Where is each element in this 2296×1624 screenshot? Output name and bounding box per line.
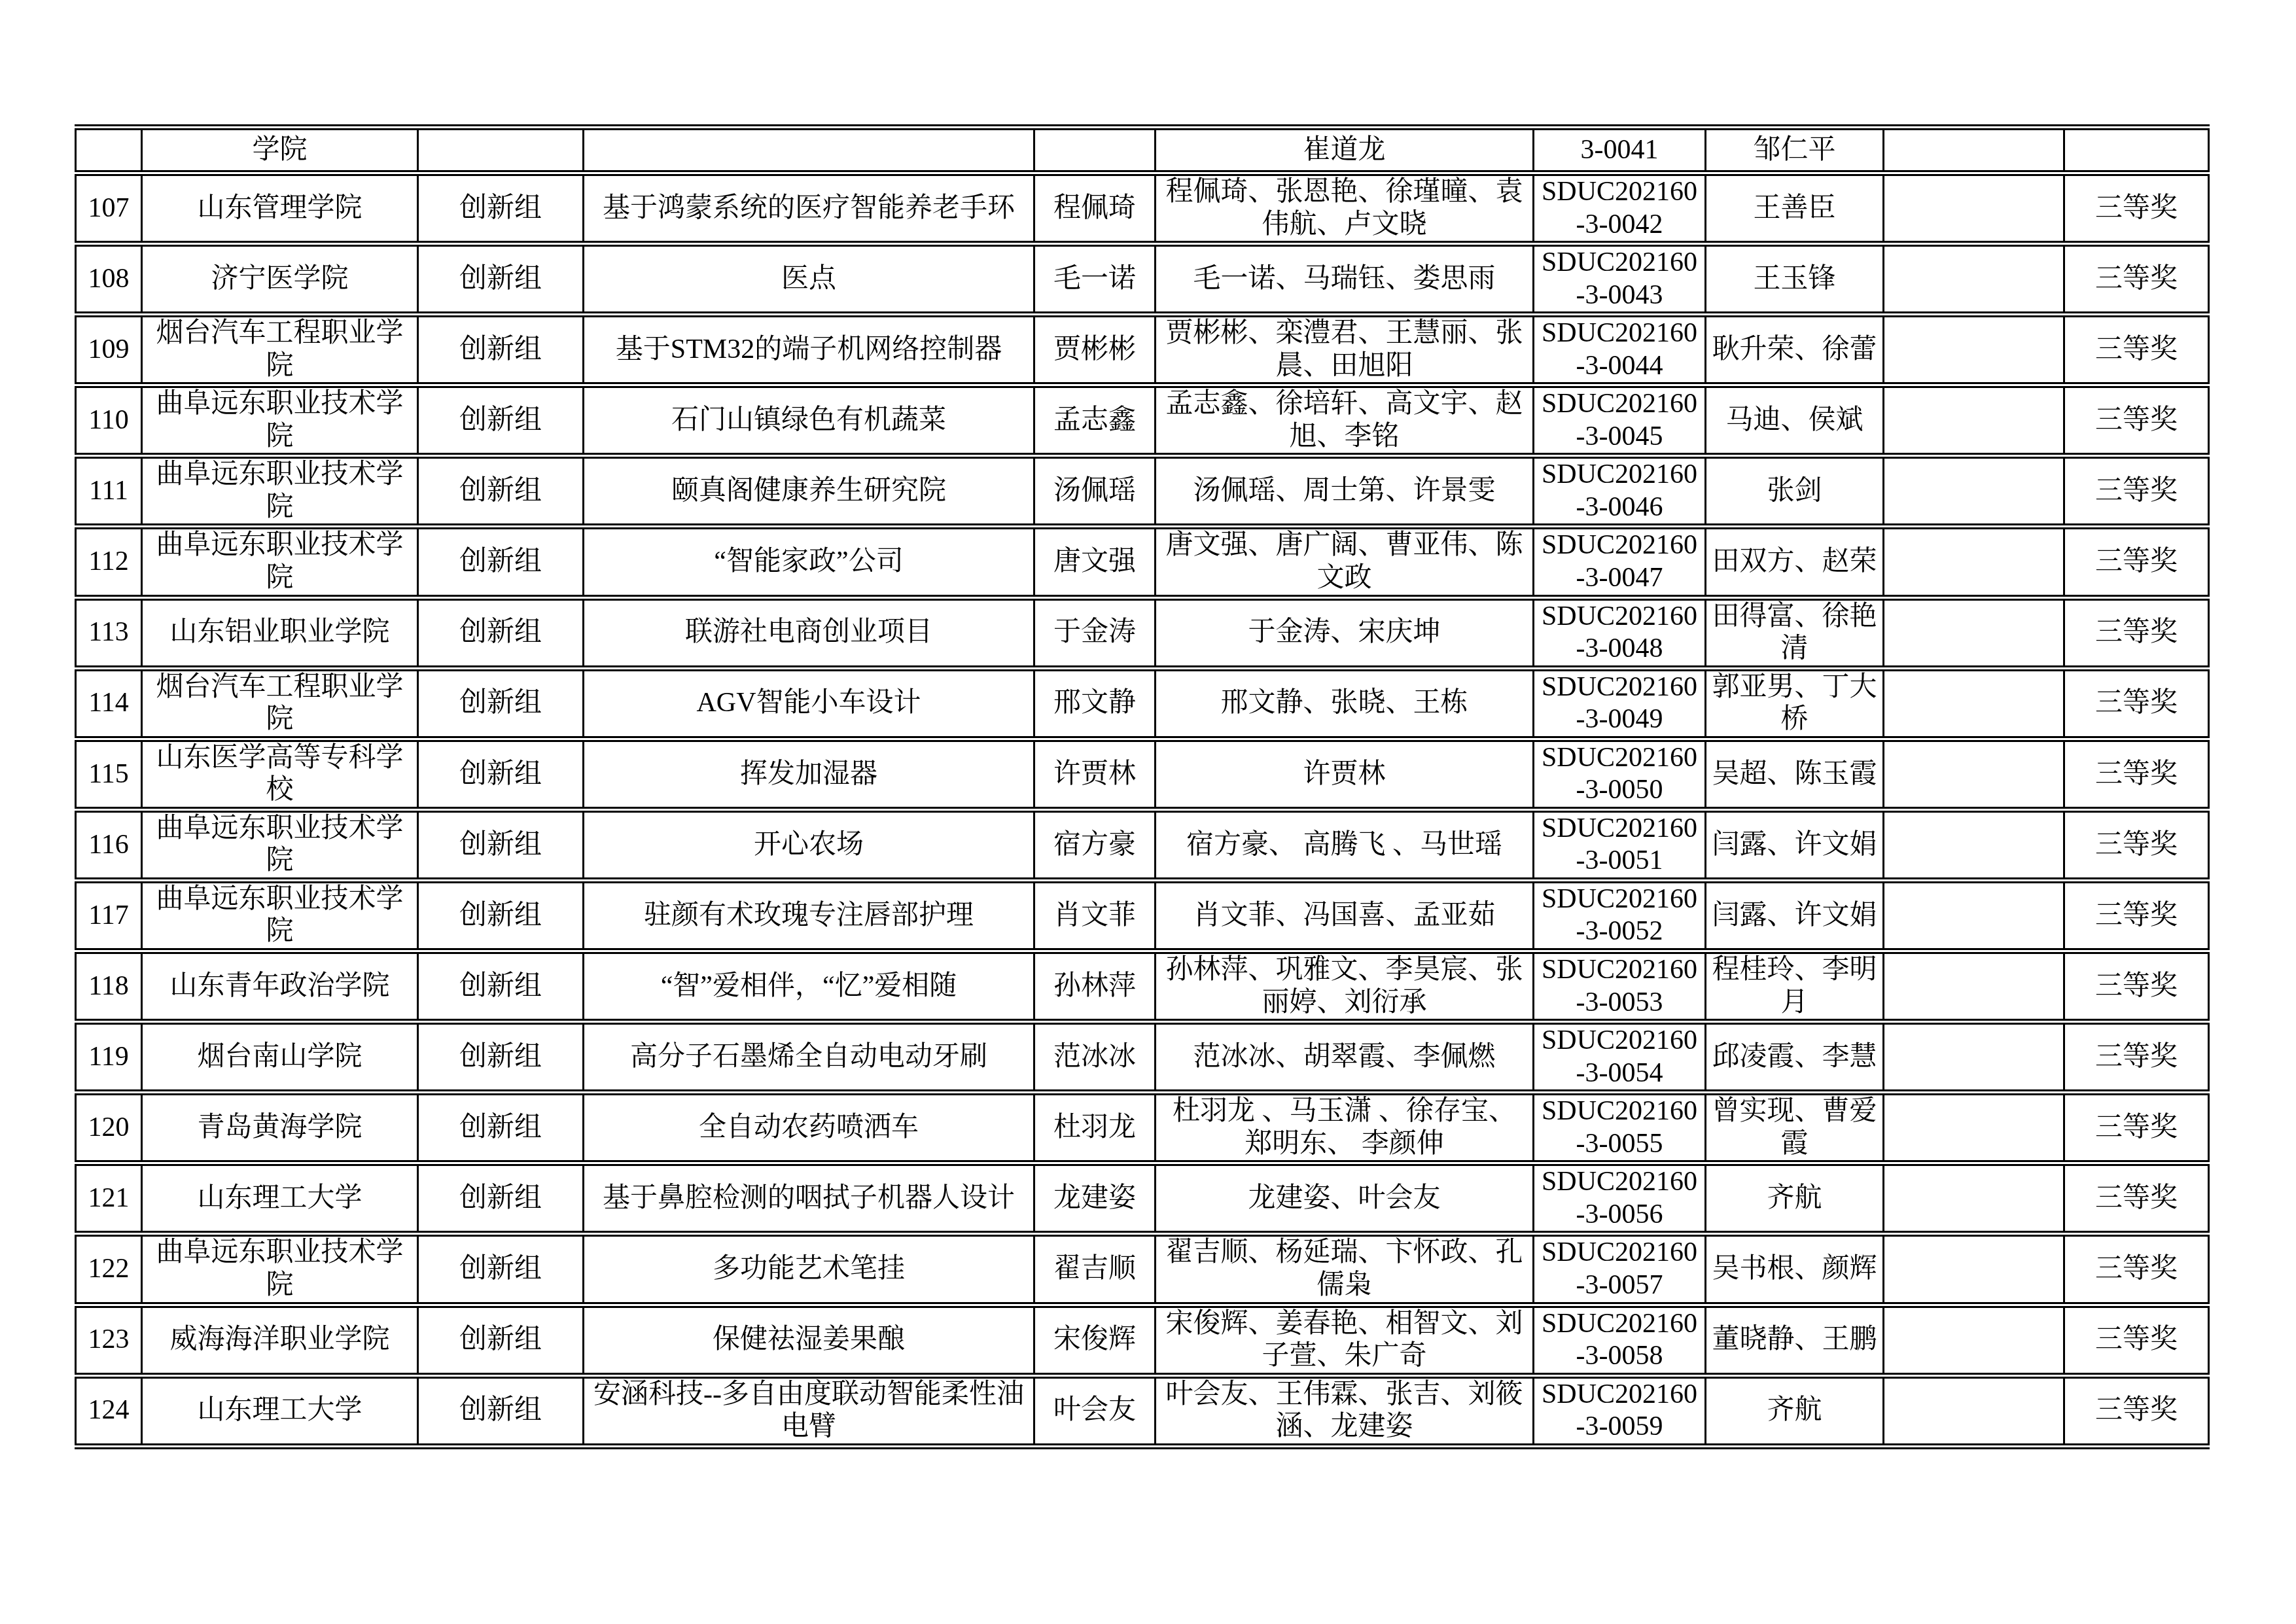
cell-empty bbox=[1884, 1375, 2064, 1446]
cell-project-title: “智”爱相伴，“忆”爱相随 bbox=[584, 951, 1034, 1022]
cell-team-leader: 肖文菲 bbox=[1034, 880, 1156, 951]
cell-team-members: 贾彬彬、栾澧君、王慧丽、张晨、田旭阳 bbox=[1156, 315, 1534, 385]
cell-team-leader: 毛一诺 bbox=[1034, 244, 1156, 315]
cell-team-leader: 汤佩瑶 bbox=[1034, 456, 1156, 527]
cell-advisors: 闫露、许文娟 bbox=[1706, 880, 1884, 951]
cell-project-title: 高分子石墨烯全自动电动牙刷 bbox=[584, 1022, 1034, 1093]
cell-group: 创新组 bbox=[418, 1163, 584, 1234]
awards-table: 学院 崔道龙 3-0041 邹仁平 107 山东管理学院 创新组 基于鸿蒙系统的… bbox=[75, 124, 2210, 1449]
cell-project-title: 基于STM32的端子机网络控制器 bbox=[584, 315, 1034, 385]
table-row: 114 烟台汽车工程职业学院 创新组 AGV智能小车设计 邢文静 邢文静、张晓、… bbox=[76, 668, 2209, 739]
cell-group: 创新组 bbox=[418, 385, 584, 456]
table-row: 117 曲阜远东职业技术学院 创新组 驻颜有术玫瑰专注唇部护理 肖文菲 肖文菲、… bbox=[76, 880, 2209, 951]
cell-project-title: 基于鸿蒙系统的医疗智能养老手环 bbox=[584, 173, 1034, 244]
cell-project-title: AGV智能小车设计 bbox=[584, 668, 1034, 739]
cell-team-leader: 宿方豪 bbox=[1034, 809, 1156, 880]
cell-team-members: 邢文静、张晓、王栋 bbox=[1156, 668, 1534, 739]
table-row: 123 威海海洋职业学院 创新组 保健祛湿姜果酿 宋俊辉 宋俊辉、姜春艳、相智文… bbox=[76, 1305, 2209, 1375]
cell-award-level: 三等奖 bbox=[2064, 1234, 2209, 1305]
cell-team-members: 肖文菲、冯国喜、孟亚茹 bbox=[1156, 880, 1534, 951]
cell-school-name: 山东青年政治学院 bbox=[142, 951, 418, 1022]
awards-table-body: 学院 崔道龙 3-0041 邹仁平 107 山东管理学院 创新组 基于鸿蒙系统的… bbox=[76, 128, 2209, 1447]
cell-school-name: 曲阜远东职业技术学院 bbox=[142, 880, 418, 951]
cell-project-title: 联游社电商创业项目 bbox=[584, 597, 1034, 668]
cell-empty bbox=[1884, 315, 2064, 385]
cell-group bbox=[418, 128, 584, 173]
cell-project-title: 全自动农药喷洒车 bbox=[584, 1093, 1034, 1163]
cell-advisors: 曾实现、曹爱霞 bbox=[1706, 1093, 1884, 1163]
cell-school-name: 济宁医学院 bbox=[142, 244, 418, 315]
table-row: 112 曲阜远东职业技术学院 创新组 “智能家政”公司 唐文强 唐文强、唐广阔、… bbox=[76, 527, 2209, 597]
cell-advisors: 董晓静、王鹏 bbox=[1706, 1305, 1884, 1375]
cell-team-members: 汤佩瑶、周士第、许景雯 bbox=[1156, 456, 1534, 527]
table-row: 109 烟台汽车工程职业学院 创新组 基于STM32的端子机网络控制器 贾彬彬 … bbox=[76, 315, 2209, 385]
cell-school-name: 山东铝业职业学院 bbox=[142, 597, 418, 668]
cell-school-name: 烟台南山学院 bbox=[142, 1022, 418, 1093]
cell-row-number: 122 bbox=[76, 1234, 142, 1305]
cell-team-members: 崔道龙 bbox=[1156, 128, 1534, 173]
cell-team-members: 于金涛、宋庆坤 bbox=[1156, 597, 1534, 668]
cell-row-number: 115 bbox=[76, 739, 142, 809]
table-row: 124 山东理工大学 创新组 安涵科技--多自由度联动智能柔性油电臂 叶会友 叶… bbox=[76, 1375, 2209, 1446]
table-row: 120 青岛黄海学院 创新组 全自动农药喷洒车 杜羽龙 杜羽龙 、马玉潇 、徐存… bbox=[76, 1093, 2209, 1163]
cell-group: 创新组 bbox=[418, 1375, 584, 1446]
cell-row-number: 117 bbox=[76, 880, 142, 951]
cell-school-name: 曲阜远东职业技术学院 bbox=[142, 385, 418, 456]
cell-group: 创新组 bbox=[418, 597, 584, 668]
table-row: 113 山东铝业职业学院 创新组 联游社电商创业项目 于金涛 于金涛、宋庆坤 S… bbox=[76, 597, 2209, 668]
cell-school-name: 曲阜远东职业技术学院 bbox=[142, 1234, 418, 1305]
cell-award-level: 三等奖 bbox=[2064, 244, 2209, 315]
cell-award-level: 三等奖 bbox=[2064, 315, 2209, 385]
cell-team-leader: 宋俊辉 bbox=[1034, 1305, 1156, 1375]
cell-project-title: 医点 bbox=[584, 244, 1034, 315]
cell-empty bbox=[1884, 1022, 2064, 1093]
cell-project-title: “智能家政”公司 bbox=[584, 527, 1034, 597]
cell-school-name: 烟台汽车工程职业学院 bbox=[142, 315, 418, 385]
cell-advisors: 田得富、徐艳清 bbox=[1706, 597, 1884, 668]
cell-award-level: 三等奖 bbox=[2064, 1093, 2209, 1163]
cell-empty bbox=[1884, 1234, 2064, 1305]
cell-empty bbox=[1884, 456, 2064, 527]
cell-advisors: 齐航 bbox=[1706, 1163, 1884, 1234]
cell-school-name: 曲阜远东职业技术学院 bbox=[142, 527, 418, 597]
cell-row-number: 110 bbox=[76, 385, 142, 456]
cell-group: 创新组 bbox=[418, 244, 584, 315]
cell-empty bbox=[1884, 809, 2064, 880]
cell-team-leader: 龙建姿 bbox=[1034, 1163, 1156, 1234]
cell-school-name: 山东管理学院 bbox=[142, 173, 418, 244]
cell-team-leader bbox=[1034, 128, 1156, 173]
cell-team-leader: 邢文静 bbox=[1034, 668, 1156, 739]
cell-award-level: 三等奖 bbox=[2064, 668, 2209, 739]
cell-group: 创新组 bbox=[418, 668, 584, 739]
cell-group: 创新组 bbox=[418, 880, 584, 951]
cell-row-number: 118 bbox=[76, 951, 142, 1022]
cell-row-number: 124 bbox=[76, 1375, 142, 1446]
cell-project-title: 基于鼻腔检测的咽拭子机器人设计 bbox=[584, 1163, 1034, 1234]
cell-project-title: 石门山镇绿色有机蔬菜 bbox=[584, 385, 1034, 456]
cell-advisors: 马迪、侯斌 bbox=[1706, 385, 1884, 456]
cell-project-code: SDUC202160-3-0046 bbox=[1534, 456, 1706, 527]
cell-project-code: SDUC202160-3-0056 bbox=[1534, 1163, 1706, 1234]
cell-team-leader: 范冰冰 bbox=[1034, 1022, 1156, 1093]
cell-group: 创新组 bbox=[418, 527, 584, 597]
cell-group: 创新组 bbox=[418, 173, 584, 244]
cell-project-code: SDUC202160-3-0049 bbox=[1534, 668, 1706, 739]
table-row: 111 曲阜远东职业技术学院 创新组 颐真阁健康养生研究院 汤佩瑶 汤佩瑶、周士… bbox=[76, 456, 2209, 527]
cell-row-number: 112 bbox=[76, 527, 142, 597]
cell-project-code: 3-0041 bbox=[1534, 128, 1706, 173]
cell-school-name: 青岛黄海学院 bbox=[142, 1093, 418, 1163]
cell-award-level: 三等奖 bbox=[2064, 597, 2209, 668]
cell-award-level: 三等奖 bbox=[2064, 739, 2209, 809]
cell-project-code: SDUC202160-3-0053 bbox=[1534, 951, 1706, 1022]
table-row: 108 济宁医学院 创新组 医点 毛一诺 毛一诺、马瑞钰、娄思雨 SDUC202… bbox=[76, 244, 2209, 315]
table-row: 学院 崔道龙 3-0041 邹仁平 bbox=[76, 128, 2209, 173]
cell-empty bbox=[1884, 951, 2064, 1022]
cell-award-level: 三等奖 bbox=[2064, 456, 2209, 527]
cell-group: 创新组 bbox=[418, 315, 584, 385]
cell-award-level: 三等奖 bbox=[2064, 880, 2209, 951]
cell-team-members: 宋俊辉、姜春艳、相智文、刘子萱、朱广奇 bbox=[1156, 1305, 1534, 1375]
cell-team-members: 孙林萍、巩雅文、李昊宸、张丽婷、刘衍承 bbox=[1156, 951, 1534, 1022]
cell-team-members: 范冰冰、胡翠霞、李佩燃 bbox=[1156, 1022, 1534, 1093]
cell-row-number: 107 bbox=[76, 173, 142, 244]
cell-team-leader: 杜羽龙 bbox=[1034, 1093, 1156, 1163]
cell-advisors: 邹仁平 bbox=[1706, 128, 1884, 173]
cell-empty bbox=[1884, 385, 2064, 456]
cell-group: 创新组 bbox=[418, 456, 584, 527]
cell-school-name: 曲阜远东职业技术学院 bbox=[142, 809, 418, 880]
cell-project-title: 多功能艺术笔挂 bbox=[584, 1234, 1034, 1305]
cell-team-members: 程佩琦、张恩艳、徐瑾曈、袁伟航、卢文晓 bbox=[1156, 173, 1534, 244]
cell-row-number: 119 bbox=[76, 1022, 142, 1093]
cell-empty bbox=[1884, 1305, 2064, 1375]
cell-team-leader: 程佩琦 bbox=[1034, 173, 1156, 244]
cell-empty bbox=[1884, 244, 2064, 315]
cell-project-title: 颐真阁健康养生研究院 bbox=[584, 456, 1034, 527]
cell-project-title: 开心农场 bbox=[584, 809, 1034, 880]
cell-team-members: 唐文强、唐广阔、曹亚伟、陈文政 bbox=[1156, 527, 1534, 597]
cell-school-name: 学院 bbox=[142, 128, 418, 173]
cell-award-level: 三等奖 bbox=[2064, 951, 2209, 1022]
cell-award-level: 三等奖 bbox=[2064, 809, 2209, 880]
cell-row-number: 108 bbox=[76, 244, 142, 315]
cell-project-code: SDUC202160-3-0051 bbox=[1534, 809, 1706, 880]
cell-project-code: SDUC202160-3-0057 bbox=[1534, 1234, 1706, 1305]
cell-group: 创新组 bbox=[418, 1305, 584, 1375]
cell-project-code: SDUC202160-3-0052 bbox=[1534, 880, 1706, 951]
cell-group: 创新组 bbox=[418, 951, 584, 1022]
cell-school-name: 山东理工大学 bbox=[142, 1375, 418, 1446]
cell-project-code: SDUC202160-3-0055 bbox=[1534, 1093, 1706, 1163]
cell-team-members: 杜羽龙 、马玉潇 、徐存宝、郑明东、 李颜伸 bbox=[1156, 1093, 1534, 1163]
cell-empty bbox=[1884, 128, 2064, 173]
cell-row-number bbox=[76, 128, 142, 173]
cell-project-code: SDUC202160-3-0043 bbox=[1534, 244, 1706, 315]
cell-group: 创新组 bbox=[418, 739, 584, 809]
cell-award-level: 三等奖 bbox=[2064, 527, 2209, 597]
cell-award-level: 三等奖 bbox=[2064, 173, 2209, 244]
cell-project-code: SDUC202160-3-0054 bbox=[1534, 1022, 1706, 1093]
cell-empty bbox=[1884, 1163, 2064, 1234]
cell-project-title: 驻颜有术玫瑰专注唇部护理 bbox=[584, 880, 1034, 951]
cell-empty bbox=[1884, 1093, 2064, 1163]
cell-advisors: 程桂玲、李明月 bbox=[1706, 951, 1884, 1022]
cell-advisors: 王玉锋 bbox=[1706, 244, 1884, 315]
cell-school-name: 威海海洋职业学院 bbox=[142, 1305, 418, 1375]
cell-school-name: 曲阜远东职业技术学院 bbox=[142, 456, 418, 527]
cell-school-name: 烟台汽车工程职业学院 bbox=[142, 668, 418, 739]
cell-empty bbox=[1884, 739, 2064, 809]
cell-group: 创新组 bbox=[418, 1022, 584, 1093]
cell-empty bbox=[1884, 597, 2064, 668]
table-row: 118 山东青年政治学院 创新组 “智”爱相伴，“忆”爱相随 孙林萍 孙林萍、巩… bbox=[76, 951, 2209, 1022]
cell-row-number: 120 bbox=[76, 1093, 142, 1163]
cell-project-code: SDUC202160-3-0058 bbox=[1534, 1305, 1706, 1375]
cell-empty bbox=[1884, 527, 2064, 597]
cell-award-level: 三等奖 bbox=[2064, 1375, 2209, 1446]
cell-advisors: 田双方、赵荣 bbox=[1706, 527, 1884, 597]
table-row: 115 山东医学高等专科学校 创新组 挥发加湿器 许贾林 许贾林 SDUC202… bbox=[76, 739, 2209, 809]
cell-team-members: 宿方豪、 高腾飞 、马世瑶 bbox=[1156, 809, 1534, 880]
cell-project-code: SDUC202160-3-0047 bbox=[1534, 527, 1706, 597]
cell-group: 创新组 bbox=[418, 1234, 584, 1305]
cell-row-number: 111 bbox=[76, 456, 142, 527]
cell-project-code: SDUC202160-3-0045 bbox=[1534, 385, 1706, 456]
cell-team-members: 毛一诺、马瑞钰、娄思雨 bbox=[1156, 244, 1534, 315]
cell-project-title bbox=[584, 128, 1034, 173]
cell-team-members: 龙建姿、叶会友 bbox=[1156, 1163, 1534, 1234]
cell-team-leader: 贾彬彬 bbox=[1034, 315, 1156, 385]
cell-team-members: 翟吉顺、杨延瑞、卞怀政、孔儒枭 bbox=[1156, 1234, 1534, 1305]
cell-project-code: SDUC202160-3-0044 bbox=[1534, 315, 1706, 385]
cell-team-leader: 孙林萍 bbox=[1034, 951, 1156, 1022]
cell-team-leader: 叶会友 bbox=[1034, 1375, 1156, 1446]
cell-advisors: 吴超、陈玉霞 bbox=[1706, 739, 1884, 809]
table-row: 119 烟台南山学院 创新组 高分子石墨烯全自动电动牙刷 范冰冰 范冰冰、胡翠霞… bbox=[76, 1022, 2209, 1093]
cell-advisors: 郭亚男、丁大桥 bbox=[1706, 668, 1884, 739]
cell-team-leader: 翟吉顺 bbox=[1034, 1234, 1156, 1305]
cell-row-number: 114 bbox=[76, 668, 142, 739]
table-row: 110 曲阜远东职业技术学院 创新组 石门山镇绿色有机蔬菜 孟志鑫 孟志鑫、徐培… bbox=[76, 385, 2209, 456]
cell-team-members: 孟志鑫、徐培轩、高文宇、赵旭、李铭 bbox=[1156, 385, 1534, 456]
cell-school-name: 山东理工大学 bbox=[142, 1163, 418, 1234]
cell-project-code: SDUC202160-3-0050 bbox=[1534, 739, 1706, 809]
cell-award-level: 三等奖 bbox=[2064, 1022, 2209, 1093]
cell-empty bbox=[1884, 880, 2064, 951]
table-row: 116 曲阜远东职业技术学院 创新组 开心农场 宿方豪 宿方豪、 高腾飞 、马世… bbox=[76, 809, 2209, 880]
cell-award-level: 三等奖 bbox=[2064, 385, 2209, 456]
table-row: 122 曲阜远东职业技术学院 创新组 多功能艺术笔挂 翟吉顺 翟吉顺、杨延瑞、卞… bbox=[76, 1234, 2209, 1305]
cell-advisors: 王善臣 bbox=[1706, 173, 1884, 244]
cell-row-number: 109 bbox=[76, 315, 142, 385]
table-row: 107 山东管理学院 创新组 基于鸿蒙系统的医疗智能养老手环 程佩琦 程佩琦、张… bbox=[76, 173, 2209, 244]
cell-advisors: 闫露、许文娟 bbox=[1706, 809, 1884, 880]
cell-group: 创新组 bbox=[418, 1093, 584, 1163]
cell-award-level bbox=[2064, 128, 2209, 173]
cell-team-leader: 于金涛 bbox=[1034, 597, 1156, 668]
cell-row-number: 116 bbox=[76, 809, 142, 880]
cell-project-code: SDUC202160-3-0048 bbox=[1534, 597, 1706, 668]
cell-team-leader: 唐文强 bbox=[1034, 527, 1156, 597]
cell-team-members: 许贾林 bbox=[1156, 739, 1534, 809]
cell-row-number: 113 bbox=[76, 597, 142, 668]
cell-empty bbox=[1884, 668, 2064, 739]
cell-project-title: 保健祛湿姜果酿 bbox=[584, 1305, 1034, 1375]
cell-advisors: 耿升荣、徐蕾 bbox=[1706, 315, 1884, 385]
cell-award-level: 三等奖 bbox=[2064, 1305, 2209, 1375]
cell-project-code: SDUC202160-3-0059 bbox=[1534, 1375, 1706, 1446]
table-row: 121 山东理工大学 创新组 基于鼻腔检测的咽拭子机器人设计 龙建姿 龙建姿、叶… bbox=[76, 1163, 2209, 1234]
cell-advisors: 齐航 bbox=[1706, 1375, 1884, 1446]
cell-group: 创新组 bbox=[418, 809, 584, 880]
cell-award-level: 三等奖 bbox=[2064, 1163, 2209, 1234]
cell-team-leader: 孟志鑫 bbox=[1034, 385, 1156, 456]
cell-row-number: 121 bbox=[76, 1163, 142, 1234]
cell-advisors: 邱凌霞、李慧 bbox=[1706, 1022, 1884, 1093]
cell-advisors: 张剑 bbox=[1706, 456, 1884, 527]
cell-school-name: 山东医学高等专科学校 bbox=[142, 739, 418, 809]
cell-team-members: 叶会友、王伟霖、张吉、刘筱涵、龙建姿 bbox=[1156, 1375, 1534, 1446]
cell-project-code: SDUC202160-3-0042 bbox=[1534, 173, 1706, 244]
cell-team-leader: 许贾林 bbox=[1034, 739, 1156, 809]
cell-project-title: 安涵科技--多自由度联动智能柔性油电臂 bbox=[584, 1375, 1034, 1446]
cell-advisors: 吴书根、颜辉 bbox=[1706, 1234, 1884, 1305]
cell-project-title: 挥发加湿器 bbox=[584, 739, 1034, 809]
cell-empty bbox=[1884, 173, 2064, 244]
cell-row-number: 123 bbox=[76, 1305, 142, 1375]
